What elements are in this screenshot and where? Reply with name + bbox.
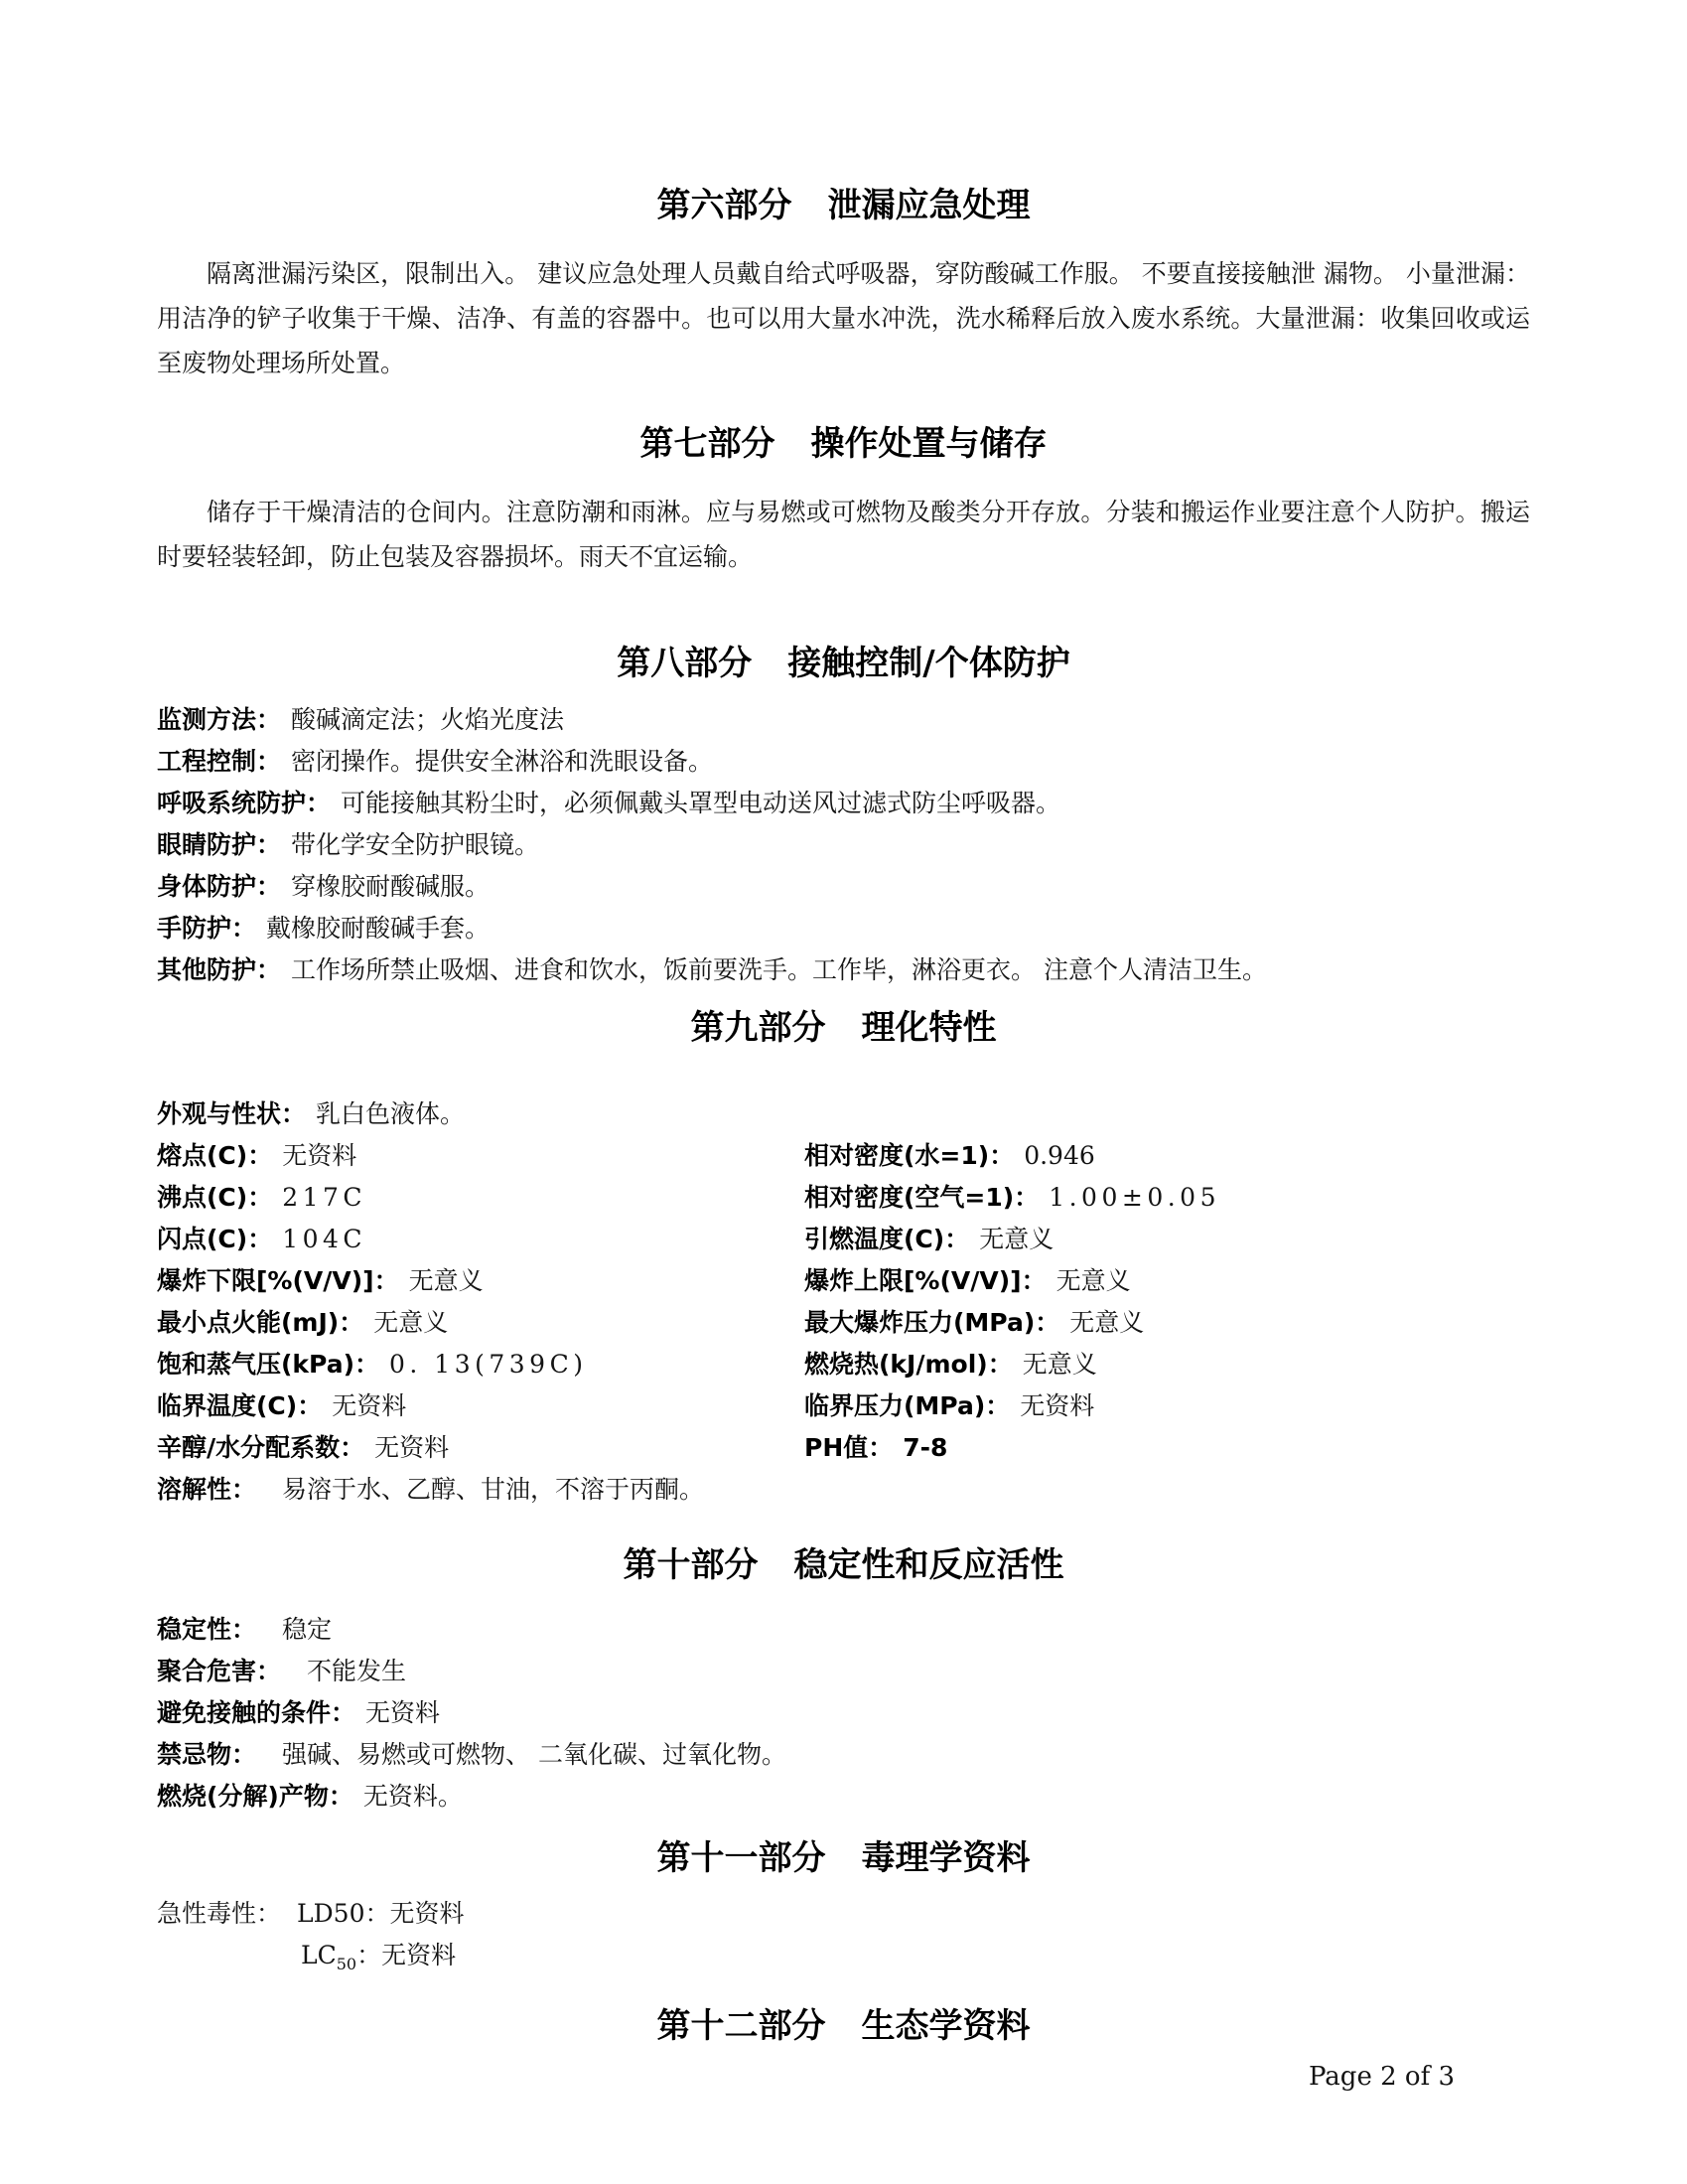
hand-protection-label: 手防护： xyxy=(157,914,256,943)
section-11-heading: 第十一部分 毒理学资料 xyxy=(157,1839,1530,1878)
section-7-body: 储存于干燥清洁的仓间内。注意防潮和雨淋。应与易燃或可燃物及酸类分开存放。分装和搬… xyxy=(157,490,1530,579)
combustion-heat-label: 燃烧热(kJ/mol)： xyxy=(804,1350,1013,1379)
ph-value-value: 7-8 xyxy=(903,1433,947,1462)
acute-toxicity-label: 急性毒性： xyxy=(157,1899,281,1928)
critical-pressure-value: 无资料 xyxy=(1020,1391,1094,1420)
saturated-vapor-pressure-label: 饱和蒸气压(kPa)： xyxy=(157,1350,379,1379)
row-appearance: 外观与性状：乳白色液体。 xyxy=(157,1093,1530,1135)
section-8-rows: 监测方法：酸碱滴定法；火焰光度法 工程控制：密闭操作。提供安全淋浴和洗眼设备。 … xyxy=(157,699,1530,991)
row-stability: 稳定性：稳定 xyxy=(157,1609,1530,1651)
section-9-number: 第九部分 xyxy=(691,1009,826,1048)
polymerization-hazard-value: 不能发生 xyxy=(307,1657,406,1685)
section-8-heading: 第八部分 接触控制/个体防护 xyxy=(157,645,1530,683)
melting-point-label: 熔点(C)： xyxy=(157,1141,272,1170)
row-other-protection: 其他防护：工作场所禁止吸烟、进食和饮水，饭前要洗手。工作毕，淋浴更衣。 注意个人… xyxy=(157,949,1530,991)
row-critical-pressure: 临界压力(MPa)：无资料 xyxy=(804,1385,1530,1427)
section-12-title: 生态学资料 xyxy=(862,2007,1031,2046)
section-7-heading: 第七部分 操作处置与储存 xyxy=(157,425,1530,464)
relative-density-water-value: 0.946 xyxy=(1024,1141,1095,1170)
section-6-title: 泄漏应急处理 xyxy=(828,187,1031,225)
row-max-explosion-pressure: 最大爆炸压力(MPa)：无意义 xyxy=(804,1302,1530,1344)
respiratory-protection-value: 可能接触其粉尘时，必须佩戴头罩型电动送风过滤式防尘呼吸器。 xyxy=(341,789,1060,817)
critical-temperature-label: 临界温度(C)： xyxy=(157,1391,322,1420)
section-9-heading: 第九部分 理化特性 xyxy=(157,1009,1530,1048)
row-combustion-products: 燃烧(分解)产物：无资料。 xyxy=(157,1776,1530,1818)
row-combustion-heat: 燃烧热(kJ/mol)：无意义 xyxy=(804,1344,1530,1385)
row-boiling-point: 沸点(C)：217C xyxy=(157,1177,804,1219)
critical-temperature-value: 无资料 xyxy=(332,1391,406,1420)
row-respiratory-protection: 呼吸系统防护：可能接触其粉尘时，必须佩戴头罩型电动送风过滤式防尘呼吸器。 xyxy=(157,783,1530,824)
ignition-temperature-value: 无意义 xyxy=(979,1225,1054,1253)
incompatibilities-label: 禁忌物： xyxy=(157,1740,256,1769)
relative-density-water-label: 相对密度(水=1)： xyxy=(804,1141,1014,1170)
conditions-to-avoid-label: 避免接触的条件： xyxy=(157,1698,355,1727)
row-min-ignition-energy: 最小点火能(mJ)：无意义 xyxy=(157,1302,804,1344)
row-explosion-lower-limit: 爆炸下限[%(V/V)]：无意义 xyxy=(157,1260,804,1302)
row-monitoring-method: 监测方法：酸碱滴定法；火焰光度法 xyxy=(157,699,1530,741)
relative-density-air-value: 1.00±0.05 xyxy=(1049,1183,1220,1212)
row-eye-protection: 眼睛防护：带化学安全防护眼镜。 xyxy=(157,824,1530,866)
section-7-number: 第七部分 xyxy=(640,425,775,464)
page-number: Page 2 of 3 xyxy=(1309,2062,1455,2092)
max-explosion-pressure-value: 无意义 xyxy=(1069,1308,1144,1337)
section-12-number: 第十二部分 xyxy=(657,2007,826,2046)
row-acute-toxicity-lc50: LC50：无资料 xyxy=(301,1935,1530,1985)
row-engineering-control: 工程控制：密闭操作。提供安全淋浴和洗眼设备。 xyxy=(157,741,1530,783)
row-critical-temperature: 临界温度(C)：无资料 xyxy=(157,1385,804,1427)
incompatibilities-value: 强碱、易燃或可燃物、 二氧化碳、过氧化物。 xyxy=(282,1740,786,1769)
section-11-number: 第十一部分 xyxy=(657,1839,826,1878)
section-8-number: 第八部分 xyxy=(617,645,752,683)
solubility-value: 易溶于水、乙醇、甘油，不溶于丙酮。 xyxy=(282,1475,704,1504)
row-relative-density-air: 相对密度(空气=1)：1.00±0.05 xyxy=(804,1177,1530,1219)
row-flash-point: 闪点(C)：104C xyxy=(157,1219,804,1260)
row-octanol-water-partition: 辛醇/水分配系数：无资料 xyxy=(157,1427,804,1469)
appearance-label: 外观与性状： xyxy=(157,1099,306,1128)
row-incompatibilities: 禁忌物：强碱、易燃或可燃物、 二氧化碳、过氧化物。 xyxy=(157,1734,1530,1776)
stability-value: 稳定 xyxy=(282,1615,332,1644)
appearance-value: 乳白色液体。 xyxy=(316,1099,465,1128)
row-acute-toxicity-ld50: 急性毒性：LD50：无资料 xyxy=(157,1893,1530,1935)
max-explosion-pressure-label: 最大爆炸压力(MPa)： xyxy=(804,1308,1059,1337)
row-ignition-temperature: 引燃温度(C)：无意义 xyxy=(804,1219,1530,1260)
saturated-vapor-pressure-value: 0. 13(739C) xyxy=(389,1350,587,1379)
row-ph-value: PH值：7-8 xyxy=(804,1427,1530,1469)
ld50-code: LD50 xyxy=(297,1899,364,1928)
octanol-water-partition-label: 辛醇/水分配系数： xyxy=(157,1433,364,1462)
section-10-title: 稳定性和反应活性 xyxy=(794,1546,1064,1585)
section-9-columns: 熔点(C)：无资料 沸点(C)：217C 闪点(C)：104C 爆炸下限[%(V… xyxy=(157,1135,1530,1469)
section-10-rows: 稳定性：稳定 聚合危害：不能发生 避免接触的条件：无资料 禁忌物：强碱、易燃或可… xyxy=(157,1609,1530,1818)
stability-label: 稳定性： xyxy=(157,1615,256,1644)
row-solubility: 溶解性：易溶于水、乙醇、甘油，不溶于丙酮。 xyxy=(157,1469,1530,1511)
section-10-number: 第十部分 xyxy=(624,1546,759,1585)
row-body-protection: 身体防护：穿橡胶耐酸碱服。 xyxy=(157,866,1530,908)
row-hand-protection: 手防护：戴橡胶耐酸碱手套。 xyxy=(157,908,1530,949)
row-melting-point: 熔点(C)：无资料 xyxy=(157,1135,804,1177)
body-protection-value: 穿橡胶耐酸碱服。 xyxy=(291,872,490,901)
solubility-label: 溶解性： xyxy=(157,1475,256,1504)
combustion-heat-value: 无意义 xyxy=(1023,1350,1097,1379)
eye-protection-value: 带化学安全防护眼镜。 xyxy=(291,830,539,859)
section-9-title: 理化特性 xyxy=(862,1009,997,1048)
respiratory-protection-label: 呼吸系统防护： xyxy=(157,789,331,817)
section-7-title: 操作处置与储存 xyxy=(811,425,1048,464)
lc50-code-prefix: LC xyxy=(301,1941,337,1969)
section-6-heading: 第六部分 泄漏应急处理 xyxy=(157,187,1530,225)
row-explosion-upper-limit: 爆炸上限[%(V/V)]：无意义 xyxy=(804,1260,1530,1302)
section-12-heading: 第十二部分 生态学资料 xyxy=(157,2007,1530,2046)
polymerization-hazard-label: 聚合危害： xyxy=(157,1657,281,1685)
section-6-body: 隔离泄漏污染区，限制出入。 建议应急处理人员戴自给式呼吸器，穿防酸碱工作服。 不… xyxy=(157,251,1530,385)
lc50-code-subscript: 50 xyxy=(337,1955,356,1973)
conditions-to-avoid-value: 无资料 xyxy=(365,1698,440,1727)
explosion-lower-limit-label: 爆炸下限[%(V/V)]： xyxy=(157,1266,399,1295)
explosion-upper-limit-value: 无意义 xyxy=(1056,1266,1131,1295)
flash-point-value: 104C xyxy=(282,1225,366,1253)
melting-point-value: 无资料 xyxy=(282,1141,356,1170)
other-protection-label: 其他防护： xyxy=(157,955,281,984)
ignition-temperature-label: 引燃温度(C)： xyxy=(804,1225,969,1253)
boiling-point-label: 沸点(C)： xyxy=(157,1183,272,1212)
min-ignition-energy-label: 最小点火能(mJ)： xyxy=(157,1308,363,1337)
boiling-point-value: 217C xyxy=(282,1183,366,1212)
octanol-water-partition-value: 无资料 xyxy=(374,1433,449,1462)
explosion-upper-limit-label: 爆炸上限[%(V/V)]： xyxy=(804,1266,1047,1295)
row-saturated-vapor-pressure: 饱和蒸气压(kPa)：0. 13(739C) xyxy=(157,1344,804,1385)
other-protection-value: 工作场所禁止吸烟、进食和饮水，饭前要洗手。工作毕，淋浴更衣。 注意个人清洁卫生。 xyxy=(291,955,1267,984)
section-11-title: 毒理学资料 xyxy=(862,1839,1031,1878)
flash-point-label: 闪点(C)： xyxy=(157,1225,272,1253)
ld50-value: ：无资料 xyxy=(364,1899,464,1928)
lc50-value: ：无资料 xyxy=(356,1941,456,1969)
section-8-title: 接触控制/个体防护 xyxy=(787,645,1069,683)
body-protection-label: 身体防护： xyxy=(157,872,281,901)
section-9-left-column: 熔点(C)：无资料 沸点(C)：217C 闪点(C)：104C 爆炸下限[%(V… xyxy=(157,1135,804,1469)
monitoring-method-value: 酸碱滴定法；火焰光度法 xyxy=(291,705,564,734)
min-ignition-energy-value: 无意义 xyxy=(373,1308,448,1337)
combustion-products-label: 燃烧(分解)产物： xyxy=(157,1782,353,1811)
hand-protection-value: 戴橡胶耐酸碱手套。 xyxy=(266,914,490,943)
row-polymerization-hazard: 聚合危害：不能发生 xyxy=(157,1651,1530,1692)
explosion-lower-limit-value: 无意义 xyxy=(409,1266,484,1295)
document-page: 第六部分 泄漏应急处理 隔离泄漏污染区，限制出入。 建议应急处理人员戴自给式呼吸… xyxy=(0,0,1687,2184)
eye-protection-label: 眼睛防护： xyxy=(157,830,281,859)
ph-value-label: PH值： xyxy=(804,1433,893,1462)
monitoring-method-label: 监测方法： xyxy=(157,705,281,734)
relative-density-air-label: 相对密度(空气=1)： xyxy=(804,1183,1039,1212)
section-9-right-column: 相对密度(水=1)：0.946 相对密度(空气=1)：1.00±0.05 引燃温… xyxy=(804,1135,1530,1469)
engineering-control-label: 工程控制： xyxy=(157,747,281,776)
section-10-heading: 第十部分 稳定性和反应活性 xyxy=(157,1546,1530,1585)
section-6-number: 第六部分 xyxy=(657,187,792,225)
row-conditions-to-avoid: 避免接触的条件：无资料 xyxy=(157,1692,1530,1734)
section-11-rows: 急性毒性：LD50：无资料 LC50：无资料 xyxy=(157,1893,1530,1985)
critical-pressure-label: 临界压力(MPa)： xyxy=(804,1391,1010,1420)
combustion-products-value: 无资料。 xyxy=(363,1782,463,1811)
row-relative-density-water: 相对密度(水=1)：0.946 xyxy=(804,1135,1530,1177)
engineering-control-value: 密闭操作。提供安全淋浴和洗眼设备。 xyxy=(291,747,713,776)
